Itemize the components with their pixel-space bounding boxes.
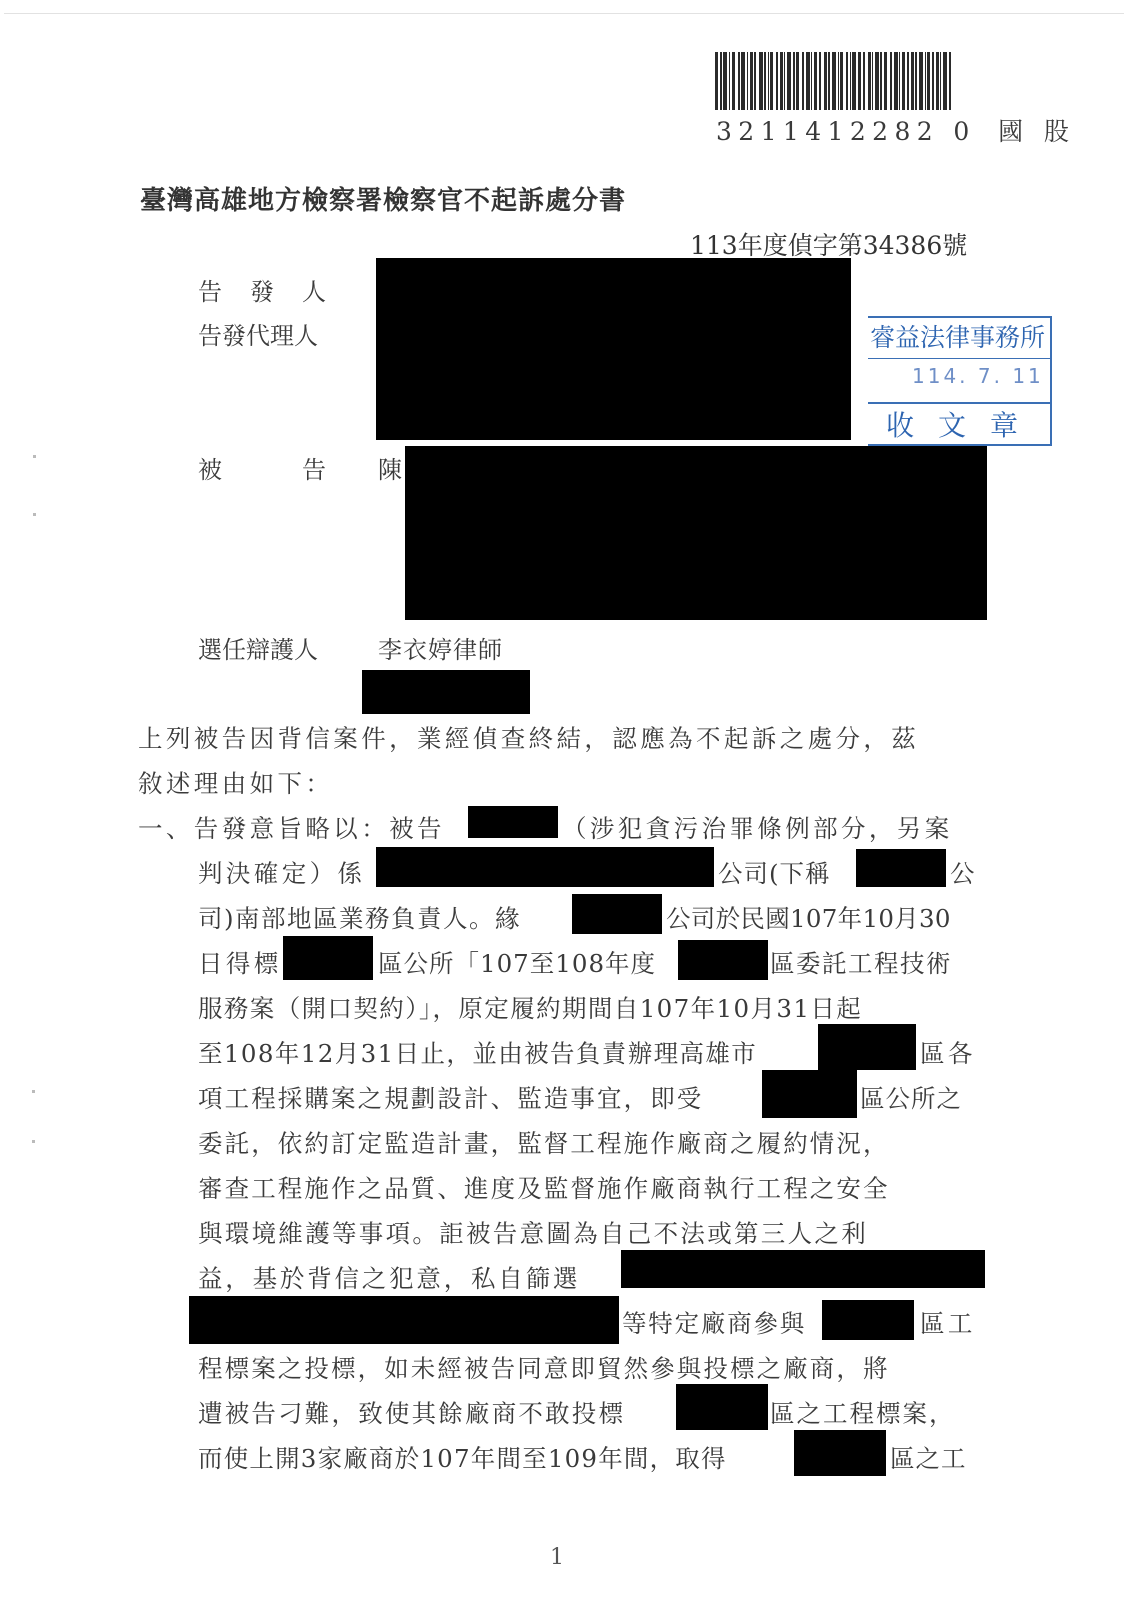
redaction <box>856 849 946 887</box>
s1-line-6b: 區各 <box>920 1035 976 1070</box>
s1-line-15a: 而使上開3家廠商於107年間至109年間，取得 <box>198 1440 727 1475</box>
redaction <box>376 847 714 887</box>
s1-line-12b: 區工 <box>920 1305 976 1340</box>
s1-line-4b: 區公所「107至108年度 <box>378 945 656 980</box>
received-stamp: 睿益法律事務所 114. 7. 11 收文章 <box>868 316 1052 446</box>
stamp-date: 114. 7. 11 <box>912 364 1044 388</box>
complainant-agent-label: 告發代理人 <box>198 316 318 351</box>
s1-line-6a: 至108年12月31日止，並由被告負責辦理高雄市 <box>198 1035 757 1070</box>
s1-line-12a: 等特定廠商參與 <box>622 1305 806 1340</box>
redaction <box>678 940 768 980</box>
stamp-firm-name: 睿益法律事務所 <box>870 318 1045 354</box>
s1-line-8: 委託，依約訂定監造計畫，監督工程施作廠商之履約情況， <box>198 1125 890 1160</box>
s1-line-3a: 司)南部地區業務負責人。緣 <box>198 900 521 935</box>
barcode <box>715 52 1052 110</box>
scan-edge-line <box>4 13 1124 14</box>
s1-line-7b: 區公所之 <box>860 1080 962 1115</box>
s1-line-14a: 遭被告刁難，致使其餘廠商不敢投標 <box>198 1395 625 1430</box>
s1-line-11a: 益，基於背信之犯意，私自篩選 <box>198 1260 580 1295</box>
s1-line-4c: 區委託工程技術 <box>770 945 952 980</box>
redaction <box>621 1250 985 1288</box>
stamp-divider <box>868 358 1050 359</box>
s1-line-10: 與環境維護等事項。詎被告意圖為自己不法或第三人之利 <box>198 1215 868 1250</box>
s1-line-3b: 公司於民國107年10月30 <box>666 900 951 935</box>
stamp-label: 收文章 <box>886 404 1042 444</box>
s1-line-13: 程標案之投標，如未經被告同意即貿然參與投標之廠商，將 <box>198 1350 890 1385</box>
redaction <box>189 1296 619 1344</box>
redaction <box>762 1070 857 1118</box>
scan-speck <box>33 455 36 458</box>
s1-line-9: 審查工程施作之品質、進度及監督施作廠商執行工程之安全 <box>198 1170 890 1205</box>
s1-line-15b: 區之工 <box>890 1440 967 1475</box>
redaction <box>468 806 558 838</box>
barcode-suffix: 國 股 <box>998 117 1075 146</box>
redaction <box>818 1024 916 1070</box>
s1-line-2a: 判決確定）係 <box>198 855 365 890</box>
s1-line-1b: （涉犯貪污治罪條例部分，另案 <box>562 810 953 845</box>
defendant-label: 被 告 <box>198 450 328 485</box>
scan-speck <box>33 513 36 516</box>
redaction <box>283 936 373 980</box>
intro-line-2: 敘述理由如下： <box>138 765 333 800</box>
s1-line-7a: 項工程採購案之規劃設計、監造事宜，即受 <box>198 1080 703 1115</box>
s1-line-2c: 公 <box>950 855 978 890</box>
s1-line-14b: 區之工程標案， <box>770 1395 956 1430</box>
defense-counsel-name: 李衣婷律師 <box>378 630 503 665</box>
s1-line-1a: 一、告發意旨略以：被告 <box>138 810 445 845</box>
s1-line-5: 服務案（開口契約）」，原定履約期間自107年10月31日起 <box>198 990 862 1025</box>
case-number: 113年度偵字第34386號 <box>690 226 967 262</box>
redaction-defendant <box>405 446 987 620</box>
redaction <box>572 894 662 934</box>
document-title: 臺灣高雄地方檢察署檢察官不起訴處分書 <box>140 180 626 217</box>
s1-line-4a: 日得標 <box>198 945 282 980</box>
redaction <box>822 1300 914 1340</box>
complainant-label: 告 發 人 <box>198 272 328 307</box>
s1-line-2b: 公司(下稱 <box>718 855 831 890</box>
intro-line-1: 上列被告因背信案件，業經偵查終結，認應為不起訴之處分，茲 <box>138 720 919 755</box>
redaction <box>794 1430 886 1476</box>
page-number: 1 <box>550 1545 564 1570</box>
defendant-name-visible: 陳 <box>378 450 402 485</box>
redaction-counsel <box>362 670 530 714</box>
redaction <box>676 1384 768 1430</box>
scan-speck <box>32 1090 35 1093</box>
defense-counsel-label: 選任辯護人 <box>198 630 318 665</box>
redaction-complainant <box>376 258 851 440</box>
barcode-number: 3211412282 0 國 股 <box>716 112 1075 148</box>
scan-speck <box>32 1140 35 1143</box>
barcode-digits: 3211412282 0 <box>716 117 976 146</box>
